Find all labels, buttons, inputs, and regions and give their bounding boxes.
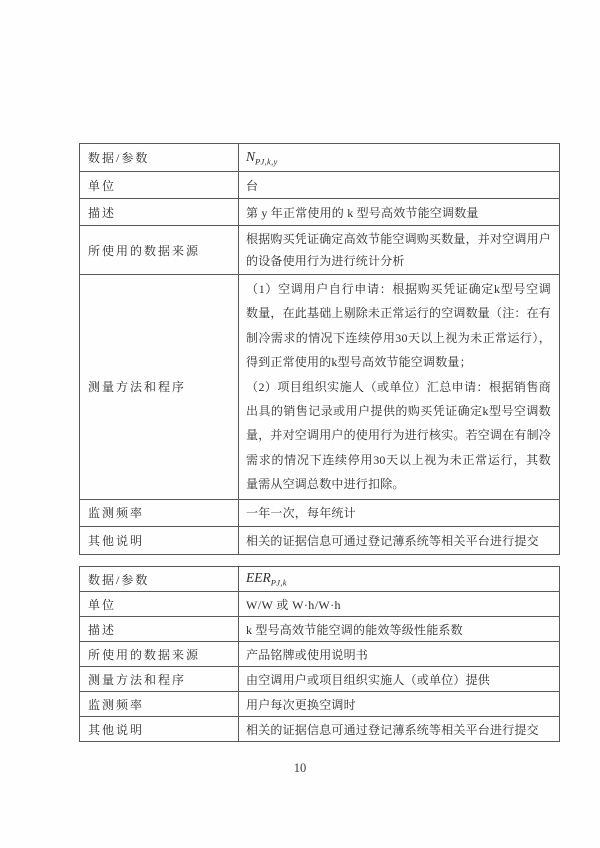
param-symbol: EER [246, 570, 271, 585]
row-label-description: 描述 [80, 199, 239, 226]
row-value-description: 第 y 年正常使用的 k 型号高效节能空调数量 [239, 199, 560, 226]
param-subscript: PJ,k [271, 578, 287, 588]
row-value-data-source: 产品铭牌或使用说明书 [239, 642, 560, 667]
row-label-other-notes: 其他说明 [80, 526, 239, 554]
row-label-unit: 单位 [80, 172, 239, 199]
table-row: 单位 W/W 或 W·h/W·h [80, 592, 560, 617]
row-value-measurement-method: （1）空调用户自行申请：根据购买凭证确定k型号空调数量，在此基础上剔除未正常运行… [239, 275, 560, 500]
row-value-monitoring-frequency: 用户每次更换空调时 [239, 692, 560, 717]
table-row: 其他说明 相关的证据信息可通过登记薄系统等相关平台进行提交 [80, 717, 560, 742]
param-symbol: N [246, 149, 255, 164]
table-row: 数据/参数 NPJ,k,y [80, 144, 560, 172]
row-label-param: 数据/参数 [80, 144, 239, 172]
page-number: 10 [0, 761, 600, 776]
row-value-measurement-method: 由空调用户或项目组织实施人（或单位）提供 [239, 667, 560, 692]
row-label-monitoring-frequency: 监测频率 [80, 692, 239, 717]
row-value-description: k 型号高效节能空调的能效等级性能系数 [239, 617, 560, 642]
parameter-table-eerpjk: 数据/参数 EERPJ,k 单位 W/W 或 W·h/W·h 描述 k 型号高效… [79, 566, 560, 742]
row-value-param: EERPJ,k [239, 567, 560, 592]
table-row: 单位 台 [80, 172, 560, 199]
row-value-unit: W/W 或 W·h/W·h [239, 592, 560, 617]
table-row: 其他说明 相关的证据信息可通过登记薄系统等相关平台进行提交 [80, 526, 560, 554]
row-value-monitoring-frequency: 一年一次，每年统计 [239, 499, 560, 526]
row-value-unit: 台 [239, 172, 560, 199]
row-value-other-notes: 相关的证据信息可通过登记薄系统等相关平台进行提交 [239, 526, 560, 554]
row-value-data-source: 根据购买凭证确定高效节能空调购买数量，并对空调用户的设备使用行为进行统计分析 [239, 226, 560, 275]
table-row: 所使用的数据来源 产品铭牌或使用说明书 [80, 642, 560, 667]
row-value-other-notes: 相关的证据信息可通过登记薄系统等相关平台进行提交 [239, 717, 560, 742]
param-subscript: PJ,k,y [255, 156, 278, 166]
row-label-data-source: 所使用的数据来源 [80, 642, 239, 667]
table-row: 描述 k 型号高效节能空调的能效等级性能系数 [80, 617, 560, 642]
row-label-other-notes: 其他说明 [80, 717, 239, 742]
method-paragraph-2: （2）项目组织实施人（或单位）汇总申请：根据销售商出具的销售记录或用户提供的购买… [246, 375, 551, 497]
row-label-unit: 单位 [80, 592, 239, 617]
row-label-measurement-method: 测量方法和程序 [80, 275, 239, 500]
row-value-param: NPJ,k,y [239, 144, 560, 172]
method-paragraph-1: （1）空调用户自行申请：根据购买凭证确定k型号空调数量，在此基础上剔除未正常运行… [246, 277, 551, 375]
table-row: 测量方法和程序 （1）空调用户自行申请：根据购买凭证确定k型号空调数量，在此基础… [80, 275, 560, 500]
table-row: 数据/参数 EERPJ,k [80, 567, 560, 592]
row-label-description: 描述 [80, 617, 239, 642]
parameter-table-npjky: 数据/参数 NPJ,k,y 单位 台 描述 第 y 年正常使用的 k 型号高效节… [79, 143, 560, 555]
table-row: 测量方法和程序 由空调用户或项目组织实施人（或单位）提供 [80, 667, 560, 692]
row-label-monitoring-frequency: 监测频率 [80, 499, 239, 526]
table-row: 监测频率 一年一次，每年统计 [80, 499, 560, 526]
table-row: 描述 第 y 年正常使用的 k 型号高效节能空调数量 [80, 199, 560, 226]
row-label-measurement-method: 测量方法和程序 [80, 667, 239, 692]
table-row: 监测频率 用户每次更换空调时 [80, 692, 560, 717]
row-label-data-source: 所使用的数据来源 [80, 226, 239, 275]
table-row: 所使用的数据来源 根据购买凭证确定高效节能空调购买数量，并对空调用户的设备使用行… [80, 226, 560, 275]
row-label-param: 数据/参数 [80, 567, 239, 592]
